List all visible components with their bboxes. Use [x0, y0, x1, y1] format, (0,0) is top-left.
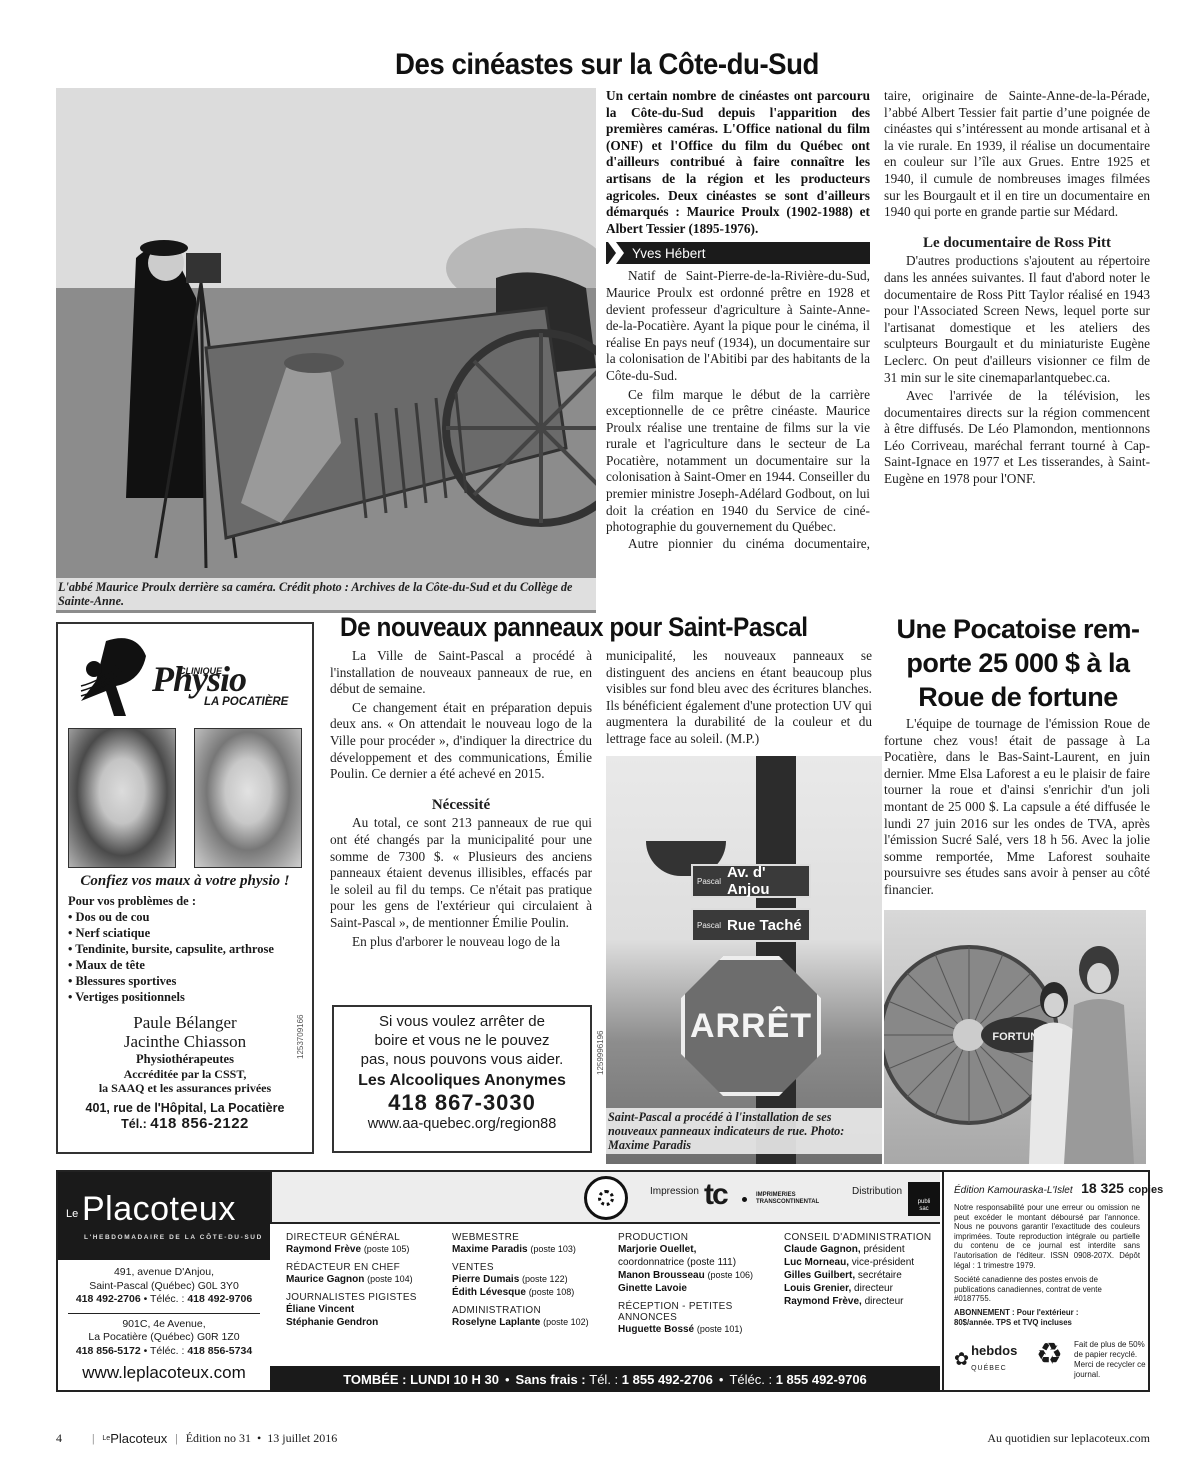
staff-label: JOURNALISTES PIGISTES	[286, 1292, 451, 1303]
distribution-label: Distribution	[852, 1186, 902, 1197]
article3-headline: Une Pocatoise rem- porte 25 000 $ à la R…	[884, 612, 1152, 714]
farm-scene-illustration	[56, 88, 596, 613]
article1-column-3: taire, originaire de Sainte-Anne-de-la-P…	[884, 88, 1150, 488]
office-saint-pascal: 491, avenue D'Anjou, Saint-Pascal (Québe…	[68, 1260, 260, 1314]
staff-column-3: PRODUCTION Marjorie Ouellet, coordonnatr…	[618, 1226, 783, 1336]
list-item: • Nerf sciatique	[68, 925, 306, 941]
article3-paragraph: L'équipe de tournage de l'émission Roue …	[884, 716, 1150, 899]
masthead-partners-band: Impression tc IMPRIMERIES TRANSCONTINENT…	[270, 1172, 940, 1224]
staff-name: Maurice Gagnon (poste 104)	[286, 1273, 451, 1286]
article2-paragraph-continued: municipalité, les nouveaux panneaux se d…	[606, 648, 872, 748]
ad-clinique-physio: CLINIQUE Physio LA POCATIÈRE Confiez vos…	[56, 622, 314, 1154]
office-address: La Pocatière (Québec) G0R 1Z0	[58, 1331, 270, 1345]
article1-paragraph: Avec l'arrivée de la télévision, les doc…	[884, 388, 1150, 488]
wheel-of-fortune-illustration: FORTUNE	[884, 910, 1146, 1164]
article1-body-col2: Natif de Saint-Pierre-de-la-Rivière-du-S…	[606, 268, 870, 536]
physio-phone: 418 856-2122	[150, 1115, 249, 1132]
fax-label: Téléc. :	[729, 1372, 772, 1387]
office-address: Saint-Pascal (Québec) G0L 3Y0	[68, 1280, 260, 1294]
physio-accreditation: Accréditée par la CSST,	[64, 1067, 306, 1081]
article1-paragraph-continued: taire, originaire de Sainte-Anne-de-la-P…	[884, 88, 1150, 221]
staff-label: VENTES	[452, 1262, 617, 1273]
hebdos-flower-icon: ✿	[954, 1349, 969, 1370]
staff-label: DIRECTEUR GÉNÉRAL	[286, 1232, 451, 1243]
office-address: 491, avenue D'Anjou,	[68, 1266, 260, 1280]
masthead-offices: 491, avenue D'Anjou, Saint-Pascal (Québe…	[58, 1260, 270, 1380]
aa-line: Si vous voulez arrêter de	[334, 1012, 590, 1031]
article1-paragraph: Autre pionnier du cinéma documentaire, o…	[606, 536, 870, 553]
staff-column-4: CONSEIL D'ADMINISTRATION Claude Gagnon, …	[784, 1226, 944, 1308]
staff-name: Manon Brousseau (poste 106)	[618, 1269, 783, 1282]
article3-headline-line: porte 25 000 $ à la	[884, 646, 1152, 680]
physio-list-title: Pour vos problèmes de :	[68, 894, 306, 909]
page-footer: 4 | Le Placoteux | Édition no 31 • 13 ju…	[56, 1428, 1150, 1448]
staff-label: CONSEIL D'ADMINISTRATION	[784, 1232, 944, 1243]
staff-name: Pierre Dumais (poste 122)	[452, 1273, 617, 1286]
physio-phone-label: Tél.:	[121, 1117, 147, 1131]
article1-body-col2-cont: Autre pionnier du cinéma documentaire, o…	[606, 536, 870, 553]
logo-tagline: L'HEBDOMADAIRE DE LA CÔTE-DU-SUD	[84, 1234, 263, 1241]
byline-chevron-icon	[608, 242, 616, 264]
postal-notice: Société canadienne des postes envois de …	[954, 1275, 1140, 1304]
staff-name: Raymond Frève, directeur	[784, 1295, 944, 1308]
physio-logo-main: Physio	[152, 658, 246, 700]
tombee-text: TOMBÉE : LUNDI 10 H 30	[343, 1372, 499, 1387]
physio-photo-chiasson	[194, 728, 302, 868]
article1-paragraph: D'autres productions s'ajoutent au réper…	[884, 253, 1150, 386]
masthead: Le Placoteux L'HEBDOMADAIRE DE LA CÔTE-D…	[56, 1170, 1150, 1392]
staff-label: ADMINISTRATION	[452, 1305, 617, 1316]
physio-title: Physiothérapeutes	[64, 1052, 306, 1067]
physio-problems-list: • Dos ou de cou • Nerf sciatique • Tendi…	[68, 909, 306, 1005]
aa-phone: 418 867-3030	[334, 1090, 590, 1116]
physio-address: 401, rue de l'Hôpital, La Pocatière	[64, 1101, 306, 1115]
page-number: 4	[56, 1431, 62, 1446]
article1-photo-caption: L'abbé Maurice Proulx derrière sa caméra…	[56, 578, 596, 610]
logo-placoteux: Placoteux	[82, 1190, 236, 1229]
staff-directory: DIRECTEUR GÉNÉRAL Raymond Frève (poste 1…	[286, 1226, 946, 1366]
physio-practitioners: Paule Bélanger Jacinthe Chiasson Physiot…	[64, 1013, 306, 1132]
physio-logo-city: LA POCATIÈRE	[204, 696, 288, 708]
physio-tagline: Confiez vos maux à votre physio !	[64, 873, 306, 890]
list-item: • Blessures sportives	[68, 973, 306, 989]
staff-label: WEBMESTRE	[452, 1232, 617, 1243]
article2-photo-street-signs: Pascal Av. d' Anjou Pascal Rue Taché ARR…	[606, 756, 882, 1164]
article3-headline-line: Roue de fortune	[884, 680, 1152, 714]
article1-byline: Yves Hébert	[632, 246, 706, 261]
article2-photo-caption: Saint-Pascal a procédé à l'installation …	[606, 1108, 882, 1154]
website-link[interactable]: www.leplacoteux.com	[58, 1366, 270, 1380]
staff-label: RÉCEPTION - PETITES ANNONCES	[618, 1301, 738, 1323]
list-item: • Maux de tête	[68, 957, 306, 973]
masthead-legal-panel: Édition Kamouraska-L'Islet 18 325 copies…	[942, 1172, 1148, 1390]
physio-photo-belanger	[68, 728, 176, 868]
list-item: • Tendinite, bursite, capsulite, arthros…	[68, 941, 306, 957]
tollfree-phone: 1 855 492-2706	[622, 1372, 713, 1387]
staff-name: Éliane Vincent	[286, 1303, 451, 1316]
staff-name: Marjorie Ouellet,	[618, 1243, 783, 1256]
recycle-icon: ♻	[1036, 1340, 1063, 1370]
footer-edition: Édition no 31	[186, 1431, 251, 1446]
stop-sign-text: ARRÊT	[690, 1007, 812, 1046]
staff-name: coordonnatrice (poste 111)	[618, 1256, 783, 1269]
article1-subhead: Le documentaire de Ross Pitt	[884, 235, 1150, 252]
ad-alcooliques-anonymes: Si vous voulez arrêter de boire et vous …	[332, 1005, 592, 1153]
hebdos-quebec-logo: ✿ hebdos QUÉBEC	[954, 1344, 1017, 1375]
footer-site-link[interactable]: Au quotidien sur leplacoteux.com	[987, 1431, 1150, 1446]
staff-label: PRODUCTION	[618, 1232, 783, 1243]
office-la-pocatiere: 901C, 4e Avenue, La Pocatière (Québec) G…	[58, 1314, 270, 1359]
article2-headline: De nouveaux panneaux pour Saint-Pascal	[340, 612, 808, 643]
article3-body: L'équipe de tournage de l'émission Roue …	[884, 716, 1150, 899]
aa-org: Les Alcooliques Anonymes	[334, 1072, 590, 1090]
aa-ad-code: 1259996196	[596, 1031, 605, 1076]
article2-paragraph: En plus d'arborer le nouveau logo de la	[330, 934, 592, 951]
office-phones: 418 492-2706 • Téléc. : 418 492-9706	[68, 1293, 260, 1307]
article2-subhead: Nécessité	[330, 797, 592, 814]
staff-column-1: DIRECTEUR GÉNÉRAL Raymond Frève (poste 1…	[286, 1226, 451, 1329]
physio-logo: CLINIQUE Physio LA POCATIÈRE	[64, 626, 306, 726]
printer-logo: tc	[704, 1178, 727, 1212]
physio-ad-code: 1253709166	[296, 999, 305, 1059]
article1-byline-bar: Yves Hébert	[606, 242, 870, 264]
article2-paragraph: La Ville de Saint-Pascal a procédé à l'i…	[330, 648, 592, 698]
staff-name: Gilles Guilbert, secrétaire	[784, 1269, 944, 1282]
aa-line: boire et vous ne le pouvez	[334, 1031, 590, 1050]
physio-phone-line: Tél.: 418 856-2122	[64, 1115, 306, 1132]
footer-date: 13 juillet 2016	[267, 1431, 337, 1446]
staff-name: Maxime Paradis (poste 103)	[452, 1243, 617, 1256]
article3-headline-line: Une Pocatoise rem-	[884, 612, 1152, 646]
list-item: • Dos ou de cou	[68, 909, 306, 925]
staff-name: Louis Grenier, directeur	[784, 1282, 944, 1295]
staff-name: Raymond Frève (poste 105)	[286, 1243, 451, 1256]
footer-paper-name: Placoteux	[110, 1431, 167, 1446]
office-address: 901C, 4e Avenue,	[58, 1318, 270, 1332]
article1-lead: Un certain nombre de cinéastes ont parco…	[606, 88, 870, 237]
tel-label: Tél. :	[589, 1372, 618, 1387]
bullet-dot	[742, 1197, 747, 1202]
recycle-note: Fait de plus de 50% de papier recyclé. M…	[1074, 1340, 1146, 1380]
publisac-logo: publi sac	[908, 1182, 940, 1216]
staff-name: Claude Gagnon, président	[784, 1243, 944, 1256]
list-item: • Vertiges positionnels	[68, 989, 306, 1005]
article3-photo-wheel-of-fortune: FORTUNE	[884, 910, 1146, 1164]
physio-name: Jacinthe Chiasson	[64, 1032, 306, 1051]
masthead-logo-block: Le Placoteux L'HEBDOMADAIRE DE LA CÔTE-D…	[58, 1172, 270, 1260]
aa-line: pas, nous pouvons vous aider.	[334, 1050, 590, 1069]
article2-paragraph: Ce changement était en préparation depui…	[330, 700, 592, 783]
article1-paragraph: Natif de Saint-Pierre-de-la-Rivière-du-S…	[606, 268, 870, 384]
article2-paragraph: Au total, ce sont 213 panneaux de rue qu…	[330, 815, 592, 931]
tollfree-label: Sans frais :	[516, 1372, 586, 1387]
street-sign-anjou: Pascal Av. d' Anjou	[691, 864, 811, 898]
printer-name: IMPRIMERIES TRANSCONTINENTAL	[756, 1192, 836, 1206]
article1-headline: Des cinéastes sur la Côte-du-Sud	[395, 48, 819, 82]
office-phones: 418 856-5172 • Téléc. : 418 856-5734	[58, 1345, 270, 1359]
staff-name: Luc Morneau, vice-président	[784, 1256, 944, 1269]
staff-column-2: WEBMESTRE Maxime Paradis (poste 103) VEN…	[452, 1226, 617, 1329]
subscription-info: ABONNEMENT : Pour l'extérieur : 80$/anné…	[954, 1308, 1114, 1327]
legal-notice: Notre responsabilité pour une erreur ou …	[954, 1203, 1140, 1270]
sign-text: Av. d' Anjou	[727, 864, 809, 898]
staff-name: Huguette Bossé (poste 101)	[618, 1323, 783, 1336]
physio-name: Paule Bélanger	[64, 1013, 306, 1032]
footer-paper-le: Le	[102, 1435, 110, 1442]
staff-name: Édith Lévesque (poste 108)	[452, 1286, 617, 1299]
edition-copies: Édition Kamouraska-L'Islet 18 325 copies	[954, 1180, 1140, 1198]
staff-label: RÉDACTEUR EN CHEF	[286, 1262, 451, 1273]
deadline-bar: TOMBÉE : LUNDI 10 H 30 • Sans frais : Té…	[270, 1366, 940, 1392]
staff-name: Roselyne Laplante (poste 102)	[452, 1316, 617, 1329]
impression-label: Impression	[650, 1186, 699, 1197]
article1-photo-priest-camera: L'abbé Maurice Proulx derrière sa caméra…	[56, 88, 596, 613]
article1-paragraph: Ce film marque le début de la carrière e…	[606, 387, 870, 536]
logo-le: Le	[66, 1208, 78, 1220]
physio-accreditation: la SAAQ et les assurances privées	[64, 1081, 306, 1095]
sign-brand: Pascal	[697, 921, 721, 930]
aa-url: www.aa-quebec.org/region88	[334, 1116, 590, 1132]
stop-sign: ARRÊT	[681, 956, 821, 1096]
staff-name: Stéphanie Gendron	[286, 1316, 451, 1329]
certification-badge-icon	[584, 1176, 628, 1220]
byline-chevron-icon-2	[616, 242, 624, 264]
tollfree-fax: 1 855 492-9706	[776, 1372, 867, 1387]
article1-column-2: Un certain nombre de cinéastes ont parco…	[606, 88, 870, 553]
article2-column-1: La Ville de Saint-Pascal a procédé à l'i…	[330, 648, 592, 950]
article2-column-2: municipalité, les nouveaux panneaux se d…	[606, 648, 872, 748]
sign-brand: Pascal	[697, 877, 721, 886]
physio-photos	[64, 728, 306, 868]
street-sign-tache: Pascal Rue Taché	[691, 908, 811, 942]
sign-text: Rue Taché	[727, 917, 802, 934]
staff-name: Ginette Lavoie	[618, 1282, 783, 1295]
